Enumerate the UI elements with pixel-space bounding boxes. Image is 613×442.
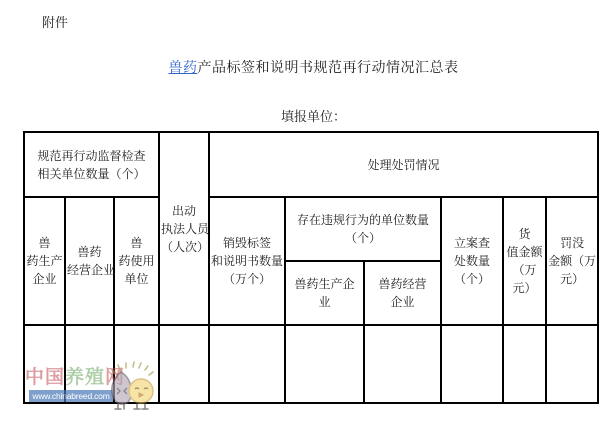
header-destroyed-labels: 销毁标签 和说明书数量 （万个） [209,197,285,325]
data-cell-operator [65,325,114,403]
header-enforcement-staff: 出动 执法人员 （人次） [159,132,209,325]
header-violation-group: 存在违规行为的单位数量 （个） [285,197,441,261]
header-producer: 兽 药生产 企业 [24,197,65,325]
title-link[interactable]: 兽药 [169,59,198,75]
attachment-label: 附件 [42,12,68,31]
data-cell-destroyed-labels [209,325,285,403]
header-operator: 兽药 经营企业 [65,197,114,325]
data-cell-user-unit [114,325,159,403]
page-title: 兽药产品标签和说明书规范再行动情况汇总表 [0,57,613,77]
table-row [24,325,598,403]
header-violation-producer: 兽药生产企 业 [285,261,364,325]
data-cell-goods-value [503,325,546,403]
header-user-unit: 兽 药使用 单位 [114,197,159,325]
data-cell-filed-cases [441,325,503,403]
header-fines: 罚没 金额（万 元） [546,197,598,325]
header-filed-cases: 立案查 处数量 （个） [441,197,503,325]
data-cell-violation-producer [285,325,364,403]
summary-table: 规范再行动监督检查 相关单位数量（个） 出动 执法人员 （人次） 处理处罚情况 … [23,131,599,404]
header-punishment-group: 处理处罚情况 [209,132,598,197]
data-cell-fines [546,325,598,403]
data-cell-producer [24,325,65,403]
document-page: 附件 兽药产品标签和说明书规范再行动情况汇总表 填报单位： 规范再行动监督检查 … [0,0,613,442]
data-cell-violation-operator [364,325,441,403]
form-unit-label: 填报单位： [0,106,613,125]
data-cell-enforcement-staff [159,325,209,403]
header-violation-operator: 兽药经营 企业 [364,261,441,325]
header-goods-value: 货 值金额 （万 元） [503,197,546,325]
header-inspection-group: 规范再行动监督检查 相关单位数量（个） [24,132,159,197]
title-text: 产品标签和说明书规范再行动情况汇总表 [198,59,459,75]
